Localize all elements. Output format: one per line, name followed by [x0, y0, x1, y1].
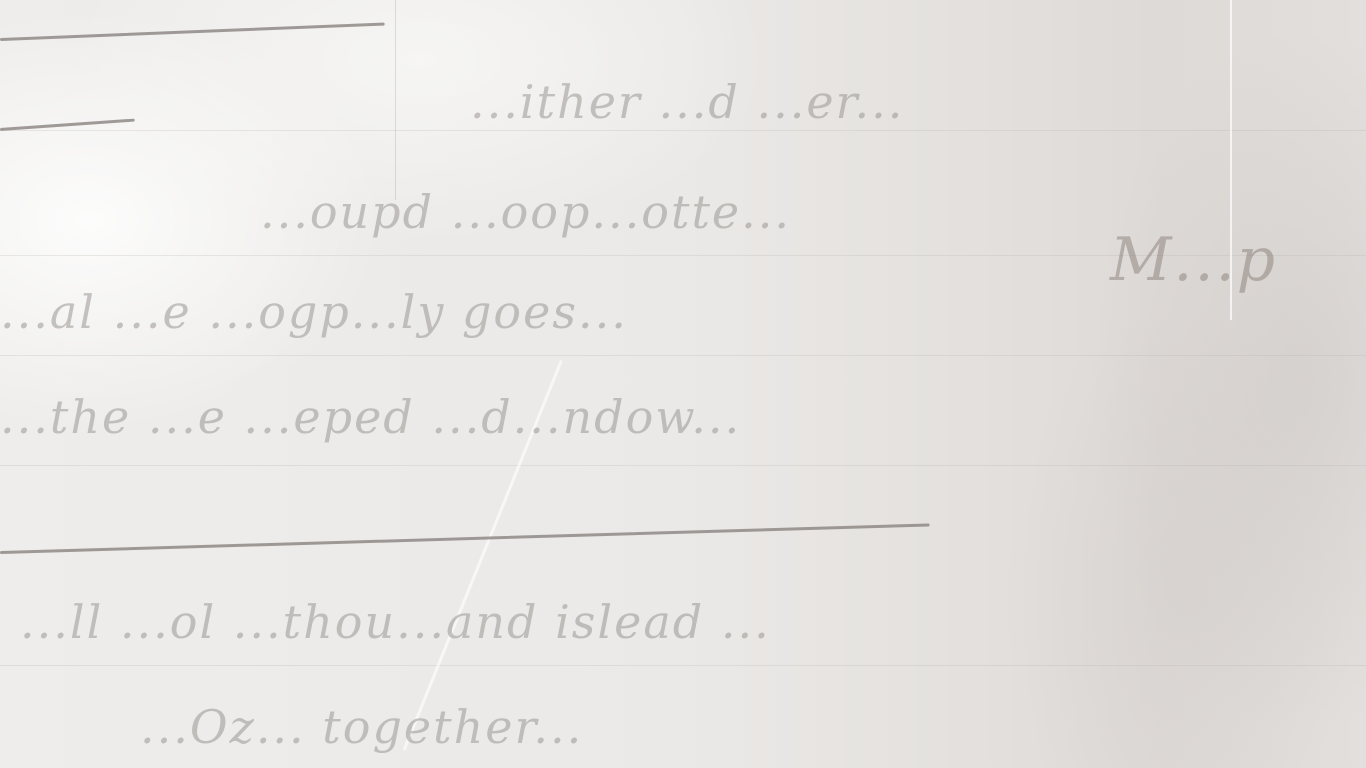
handwritten-line-4: ...the ...e ...eped ...d...ndow...	[0, 390, 741, 444]
paper-crease	[395, 0, 396, 200]
handwritten-line-3: ...al ...e ...ogp...ly goes...	[0, 285, 628, 339]
handwritten-line-1: ...ither ...d ...er...	[470, 75, 904, 129]
handwritten-line-2: ...oupd ...oop...otte...	[260, 185, 791, 239]
handwritten-line-5: ...ll ...ol ...thou...and islead ...	[20, 595, 771, 649]
ruled-line	[0, 130, 1366, 131]
handwritten-line-6: ...Oz... together...	[140, 700, 583, 754]
ruled-line	[0, 465, 1366, 466]
ruled-line	[0, 355, 1366, 356]
ruled-line	[0, 665, 1366, 666]
margin-mark: M...p	[1110, 225, 1277, 295]
